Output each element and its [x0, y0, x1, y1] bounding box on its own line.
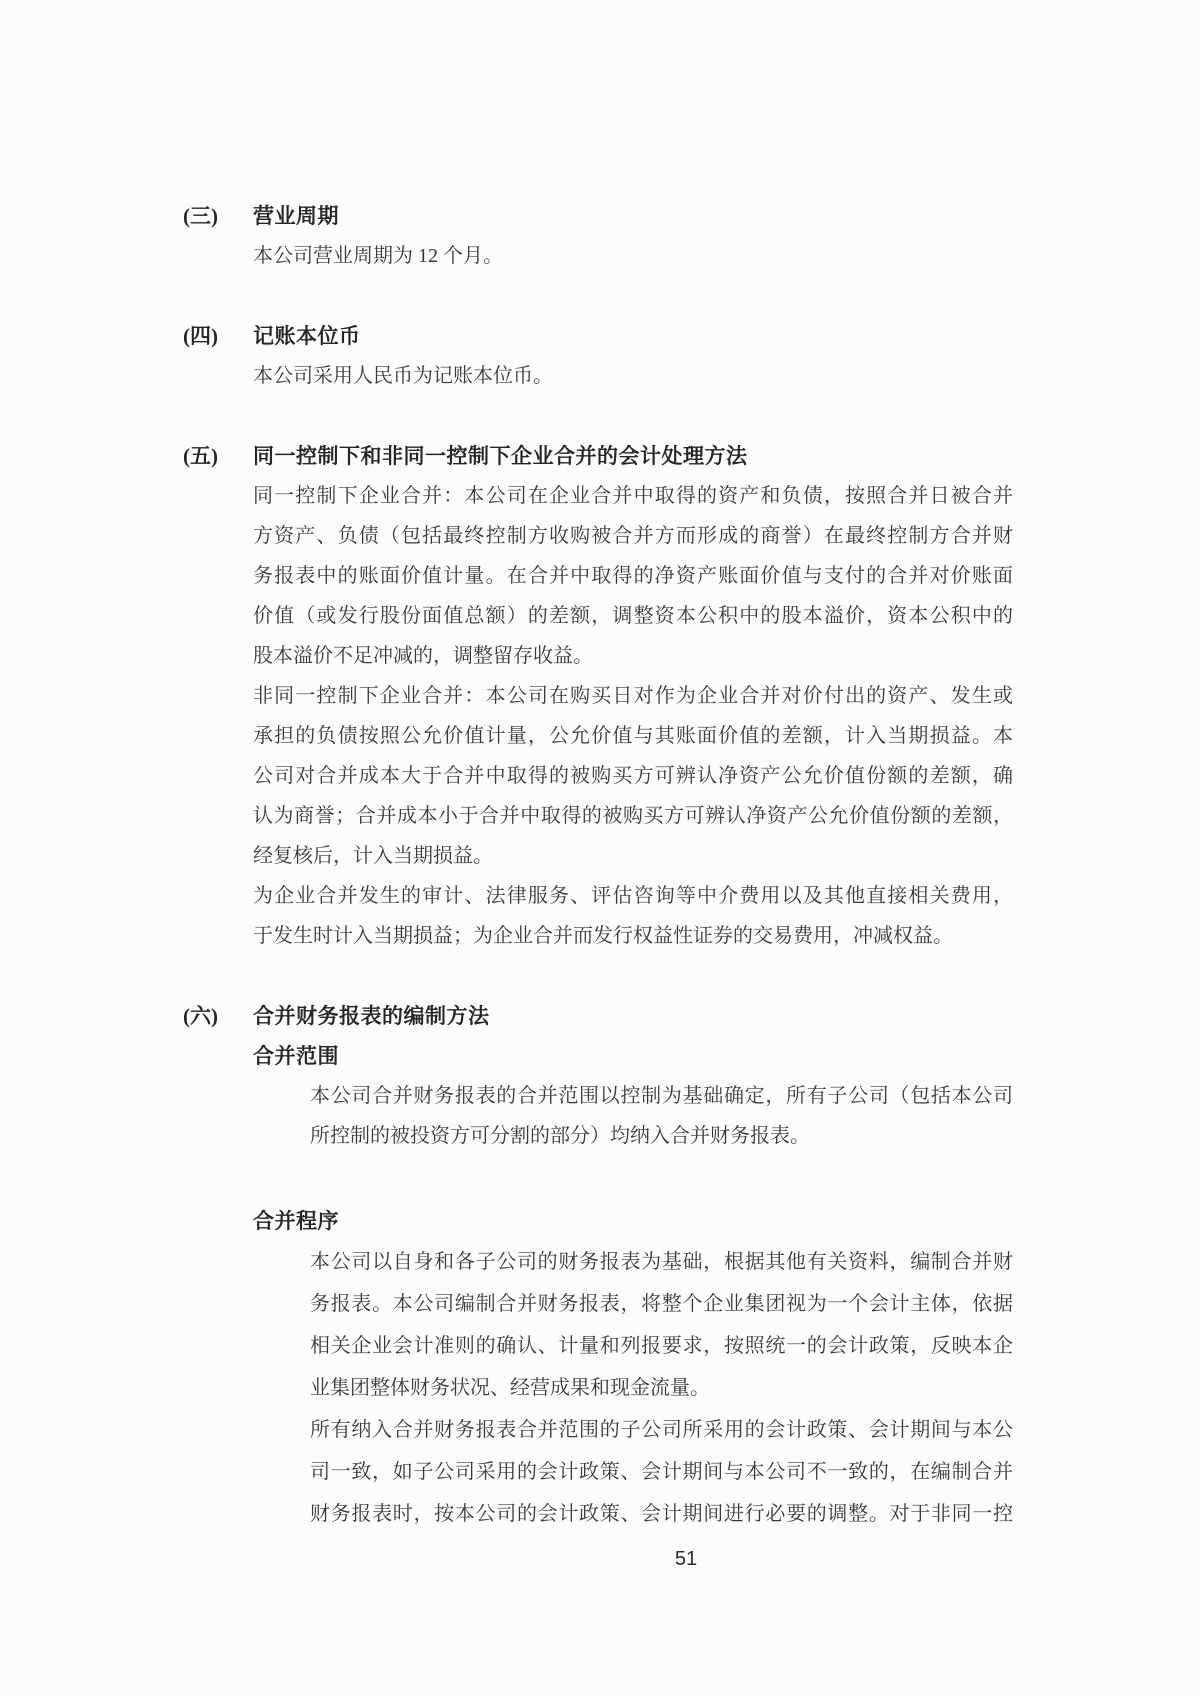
- paragraph-line: 所控制的被投资方可分割的部分）均纳入合并财务报表。: [310, 1116, 1013, 1156]
- section-heading: (三) 营业周期: [183, 196, 1013, 236]
- subsection-consolidation-procedure: 合并程序 本公司以自身和各子公司的财务报表为基础，根据其他有关资料，编制合并财 …: [183, 1201, 1013, 1535]
- section-functional-currency: (四) 记账本位币 本公司采用人民币为记账本位币。: [183, 316, 1013, 396]
- paragraph-line: 方资产、负债（包括最终控制方收购被合并方而形成的商誉）在最终控制方合并财: [253, 516, 1013, 556]
- section-title: 同一控制下和非同一控制下企业合并的会计处理方法: [253, 436, 748, 476]
- paragraph-line: 认为商誉；合并成本小于合并中取得的被购买方可辨认净资产公允价值份额的差额，: [253, 796, 1013, 836]
- paragraph-line: 为企业合并发生的审计、法律服务、评估咨询等中介费用以及其他直接相关费用，: [253, 876, 1013, 916]
- paragraph-line: 价值（或发行股份面值总额）的差额，调整资本公积中的股本溢价，资本公积中的: [253, 596, 1013, 636]
- subsection-title: 合并范围: [253, 1036, 1013, 1076]
- section-title: 记账本位币: [253, 316, 361, 356]
- paragraph-line: 于发生时计入当期损益；为企业合并而发行权益性证券的交易费用，冲减权益。: [253, 916, 1013, 956]
- section-body: 本公司采用人民币为记账本位币。: [253, 356, 1013, 396]
- paragraph-line: 本公司合并财务报表的合并范围以控制为基础确定，所有子公司（包括本公司: [310, 1076, 1013, 1116]
- section-body: 本公司营业周期为 12 个月。: [253, 236, 1013, 276]
- section-body: 同一控制下企业合并：本公司在企业合并中取得的资产和负债，按照合并日被合并 方资产…: [253, 476, 1013, 956]
- subsection-title: 合并程序: [253, 1201, 1013, 1241]
- section-title: 营业周期: [253, 196, 339, 236]
- section-heading: (四) 记账本位币: [183, 316, 1013, 356]
- paragraph-line: 业集团整体财务状况、经营成果和现金流量。: [310, 1367, 1013, 1409]
- section-label: (三): [183, 196, 253, 236]
- section-operating-cycle: (三) 营业周期 本公司营业周期为 12 个月。: [183, 196, 1013, 276]
- paragraph-line: 司一致，如子公司采用的会计政策、会计期间与本公司不一致的，在编制合并: [310, 1451, 1013, 1493]
- paragraph-line: 务报表中的账面价值计量。在合并中取得的净资产账面价值与支付的合并对价账面: [253, 556, 1013, 596]
- paragraph-line: 本公司以自身和各子公司的财务报表为基础，根据其他有关资料，编制合并财: [310, 1241, 1013, 1283]
- section-heading: (六) 合并财务报表的编制方法: [183, 996, 1013, 1036]
- section-title: 合并财务报表的编制方法: [253, 996, 490, 1036]
- section-heading: (五) 同一控制下和非同一控制下企业合并的会计处理方法: [183, 436, 1013, 476]
- paragraph-line: 相关企业会计准则的确认、计量和列报要求，按照统一的会计政策，反映本企: [310, 1325, 1013, 1367]
- section-label: (五): [183, 436, 253, 476]
- section-label: (六): [183, 996, 253, 1036]
- paragraph-line: 本公司采用人民币为记账本位币。: [253, 356, 1013, 396]
- paragraph-line: 非同一控制下企业合并：本公司在购买日对作为企业合并对价付出的资产、发生或: [253, 676, 1013, 716]
- paragraph-line: 务报表。本公司编制合并财务报表，将整个企业集团视为一个会计主体，依据: [310, 1283, 1013, 1325]
- paragraph-line: 同一控制下企业合并：本公司在企业合并中取得的资产和负债，按照合并日被合并: [253, 476, 1013, 516]
- paragraph-line: 本公司营业周期为 12 个月。: [253, 236, 1013, 276]
- paragraph-line: 所有纳入合并财务报表合并范围的子公司所采用的会计政策、会计期间与本公: [310, 1409, 1013, 1451]
- paragraph-line: 公司对合并成本大于合并中取得的被购买方可辨认净资产公允价值份额的差额，确: [253, 756, 1013, 796]
- document-page: (三) 营业周期 本公司营业周期为 12 个月。 (四) 记账本位币 本公司采用…: [0, 0, 1200, 1696]
- paragraph-line: 经复核后，计入当期损益。: [253, 836, 1013, 876]
- section-business-combinations: (五) 同一控制下和非同一控制下企业合并的会计处理方法 同一控制下企业合并：本公…: [183, 436, 1013, 956]
- section-consolidated-statements: (六) 合并财务报表的编制方法 合并范围 本公司合并财务报表的合并范围以控制为基…: [183, 996, 1013, 1535]
- subsection-consolidation-scope: 合并范围 本公司合并财务报表的合并范围以控制为基础确定，所有子公司（包括本公司 …: [183, 1036, 1013, 1156]
- paragraph-line: 承担的负债按照公允价值计量，公允价值与其账面价值的差额，计入当期损益。本: [253, 716, 1013, 756]
- section-label: (四): [183, 316, 253, 356]
- paragraph-line: 股本溢价不足冲减的，调整留存收益。: [253, 636, 1013, 676]
- page-number: 51: [660, 1548, 712, 1571]
- subsection-body: 本公司以自身和各子公司的财务报表为基础，根据其他有关资料，编制合并财 务报表。本…: [310, 1241, 1013, 1535]
- paragraph-line: 财务报表时，按本公司的会计政策、会计期间进行必要的调整。对于非同一控: [310, 1493, 1013, 1535]
- subsection-body: 本公司合并财务报表的合并范围以控制为基础确定，所有子公司（包括本公司 所控制的被…: [310, 1076, 1013, 1156]
- page-content: (三) 营业周期 本公司营业周期为 12 个月。 (四) 记账本位币 本公司采用…: [183, 196, 1013, 1535]
